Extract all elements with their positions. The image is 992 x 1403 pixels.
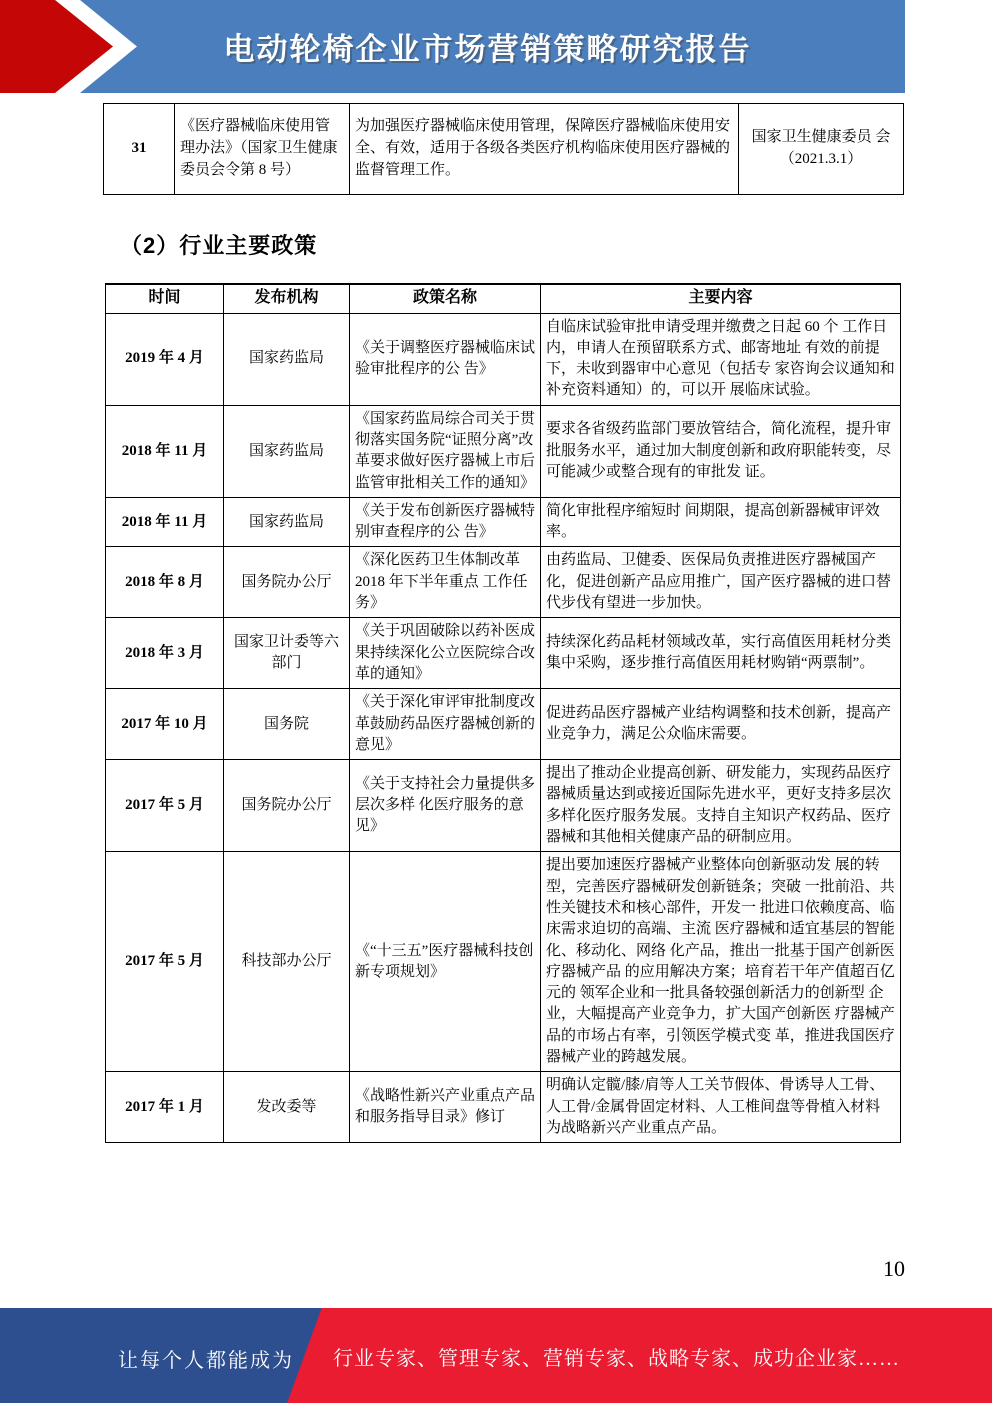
policy-name-cell: 《关于发布创新医疗器械特别审查程序的公 告》: [350, 497, 541, 547]
agency-cell: 科技部办公厅: [224, 852, 350, 1072]
policy-name-cell: 《“十三五”医疗器械科技创新专项规划》: [350, 852, 541, 1072]
policy-content-cell: 由药监局、卫健委、医保局负责推进医疗器械国产化，促进创新产品应用推广，国产医疗器…: [541, 547, 901, 618]
policy-content-cell: 明确认定髋/膝/肩等人工关节假体、骨诱导人工骨、人工骨/金属骨固定材料、人工椎间…: [541, 1072, 901, 1143]
regulation-name-cell: 《医疗器械临床使用管理办法》（国家卫生健康委员会令第 8 号）: [175, 104, 350, 195]
policy-name-cell: 《关于深化审评审批制度改革鼓励药品医疗器械创新的意见》: [350, 689, 541, 760]
agency-cell: 国家药监局: [224, 497, 350, 547]
agency-cell: 发改委等: [224, 1072, 350, 1143]
footer-slogan-right: 行业专家、管理专家、营销专家、战略专家、成功企业家……: [333, 1342, 900, 1371]
policy-content-cell: 简化审批程序缩短时 间期限，提高创新器械审评效率。: [541, 497, 901, 547]
time-cell: 2018 年 11 月: [106, 405, 224, 497]
regulation-desc-cell: 为加强医疗器械临床使用管理，保障医疗器械临床使用安全、有效，适用于各级各类医疗机…: [350, 104, 739, 195]
time-cell: 2018 年 3 月: [106, 618, 224, 689]
policy-content-cell: 促进药品医疗器械产业结构调整和技术创新，提高产业竞争力，满足公众临床需要。: [541, 689, 901, 760]
time-cell: 2018 年 11 月: [106, 497, 224, 547]
policy-name-cell: 《战略性新兴产业重点产品和服务指导目录》修订: [350, 1072, 541, 1143]
policy-name-cell: 《关于调整医疗器械临床试验审批程序的公 告》: [350, 313, 541, 405]
table-row: 2017 年 1 月 发改委等 《战略性新兴产业重点产品和服务指导目录》修订 明…: [106, 1072, 901, 1143]
table-row: 2018 年 3 月 国家卫计委等六部门 《关于巩固破除以药补医成果持续深化公立…: [106, 618, 901, 689]
policy-name-cell: 《关于巩固破除以药补医成果持续深化公立医院综合改革的通知》: [350, 618, 541, 689]
table-row: 2018 年 11 月 国家药监局 《国家药监局综合司关于贯彻落实国务院“证照分…: [106, 405, 901, 497]
table-row: 2019 年 4 月 国家药监局 《关于调整医疗器械临床试验审批程序的公 告》 …: [106, 313, 901, 405]
policy-table-header-row: 时间 发布机构 政策名称 主要内容: [106, 284, 901, 313]
policy-content-cell: 持续深化药品耗材领域改革，实行高值医用耗材分类集中采购，逐步推行高值医用耗材购销…: [541, 618, 901, 689]
policy-name-cell: 《深化医药卫生体制改革 2018 年下半年重点 工作任务》: [350, 547, 541, 618]
column-header-content: 主要内容: [541, 284, 901, 313]
table-row: 2017 年 5 月 国务院办公厅 《关于支持社会力量提供多层次多样 化医疗服务…: [106, 760, 901, 852]
agency-cell: 国家卫计委等六部门: [224, 618, 350, 689]
policy-content-cell: 自临床试验审批申请受理并缴费之日起 60 个 工作日内，申请人在预留联系方式、邮…: [541, 313, 901, 405]
issuer-name: 国家卫生健康委员 会: [744, 127, 898, 149]
policy-name-cell: 《国家药监局综合司关于贯彻落实国务院“证照分离”改革要求做好医疗器械上市后监管审…: [350, 405, 541, 497]
column-header-time: 时间: [106, 284, 224, 313]
table-row: 2017 年 10 月 国务院 《关于深化审评审批制度改革鼓励药品医疗器械创新的…: [106, 689, 901, 760]
table-row: 2018 年 11 月 国家药监局 《关于发布创新医疗器械特别审查程序的公 告》…: [106, 497, 901, 547]
policy-content-cell: 要求各省级药监部门要放管结合，简化流程，提升审批服务水平，通过加大制度创新和政府…: [541, 405, 901, 497]
footer-slogan-left: 让每个人都能成为: [118, 1344, 294, 1373]
row-number-cell: 31: [104, 104, 175, 195]
time-cell: 2017 年 5 月: [106, 852, 224, 1072]
policy-content-cell: 提出了推动企业提高创新、研发能力，实现药品医疗器械质量达到或接近国际先进水平，更…: [541, 760, 901, 852]
section-heading: （2）行业主要政策: [120, 229, 317, 260]
agency-cell: 国务院办公厅: [224, 547, 350, 618]
time-cell: 2019 年 4 月: [106, 313, 224, 405]
agency-cell: 国家药监局: [224, 405, 350, 497]
regulation-issuer-cell: 国家卫生健康委员 会 （2021.3.1）: [739, 104, 904, 195]
footer-banner: 让每个人都能成为 行业专家、管理专家、营销专家、战略专家、成功企业家……: [0, 1308, 992, 1403]
table-row: 31 《医疗器械临床使用管理办法》（国家卫生健康委员会令第 8 号） 为加强医疗…: [104, 104, 904, 195]
time-cell: 2017 年 10 月: [106, 689, 224, 760]
policy-content-cell: 提出要加速医疗器械产业整体向创新驱动发 展的转型，完善医疗器械研发创新链条；突破…: [541, 852, 901, 1072]
table-row: 2017 年 5 月 科技部办公厅 《“十三五”医疗器械科技创新专项规划》 提出…: [106, 852, 901, 1072]
agency-cell: 国务院办公厅: [224, 760, 350, 852]
policy-table: 时间 发布机构 政策名称 主要内容 2019 年 4 月 国家药监局 《关于调整…: [105, 283, 901, 1143]
table-row: 2018 年 8 月 国务院办公厅 《深化医药卫生体制改革 2018 年下半年重…: [106, 547, 901, 618]
column-header-policy: 政策名称: [350, 284, 541, 313]
time-cell: 2017 年 1 月: [106, 1072, 224, 1143]
policy-name-cell: 《关于支持社会力量提供多层次多样 化医疗服务的意见》: [350, 760, 541, 852]
issuer-date: （2021.3.1）: [744, 149, 898, 171]
time-cell: 2017 年 5 月: [106, 760, 224, 852]
column-header-agency: 发布机构: [224, 284, 350, 313]
regulation-table-continued: 31 《医疗器械临床使用管理办法》（国家卫生健康委员会令第 8 号） 为加强医疗…: [103, 103, 904, 195]
agency-cell: 国家药监局: [224, 313, 350, 405]
page-number: 10: [825, 1256, 905, 1282]
agency-cell: 国务院: [224, 689, 350, 760]
time-cell: 2018 年 8 月: [106, 547, 224, 618]
